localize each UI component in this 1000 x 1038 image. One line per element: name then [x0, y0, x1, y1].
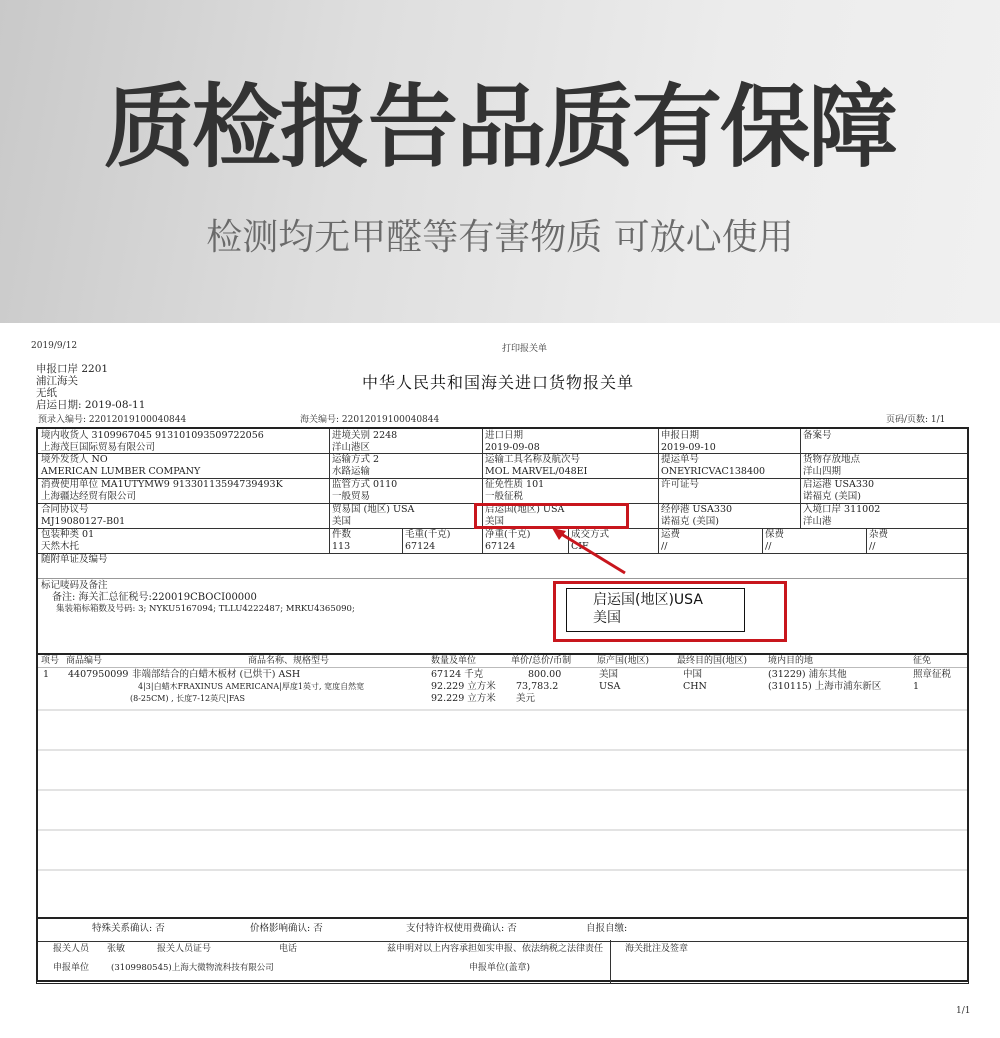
field-value: 2019-09-08	[485, 442, 540, 454]
field-label: 杂费	[869, 529, 888, 541]
document-title: 中华人民共和国海关进口货物报关单	[362, 370, 634, 393]
col-divider	[800, 478, 801, 503]
field-label: 消费使用单位 MA1UTYMW9 91330113594739493K	[41, 479, 283, 491]
field-label: 净重(千克)	[485, 529, 530, 541]
form-field: 征免性质 101 一般征税	[485, 479, 544, 502]
field-label: 征免性质 101	[485, 479, 544, 491]
col-divider	[800, 453, 801, 478]
field-value: 上海疆达经贸有限公司	[41, 491, 283, 503]
empty-row-divider	[38, 789, 967, 791]
callout-box: 启运国(地区)USA 美国	[566, 588, 745, 632]
col-divider	[482, 453, 483, 478]
field-value: 一般贸易	[332, 491, 397, 503]
declaring-unit-label: 申报单位	[53, 963, 89, 975]
highlight-box-origin-country	[474, 503, 629, 529]
col-divider	[658, 429, 659, 454]
field-label: 入境口岸 311002	[803, 504, 880, 516]
field-value: ONEYRICVAC138400	[661, 466, 765, 478]
declarant-label: 报关人员	[53, 944, 89, 956]
form-field: 备案号	[803, 430, 832, 442]
remarks-note: 备注: 海关汇总征税号:220019CBOCI00000	[52, 592, 257, 604]
col-divider	[329, 503, 330, 528]
field-value: //	[869, 541, 888, 553]
empty-row-divider	[38, 709, 967, 711]
field-label: 贸易国 (地区) USA	[332, 504, 414, 516]
field-value: AMERICAN LUMBER COMPANY	[41, 466, 200, 478]
package-field: 毛重(千克) 67124	[405, 529, 450, 552]
col-divider	[658, 453, 659, 478]
field-label: 经停港 USA330	[661, 504, 732, 516]
field-label: 件数	[332, 529, 351, 541]
quantity-line: 92.229 立方米	[431, 681, 496, 693]
entry-number: 预录入编号: 22012019100040844	[38, 412, 186, 425]
field-value: 诺福克 (美国)	[661, 516, 732, 528]
quantity-line: 92.229 立方米	[431, 693, 496, 705]
field-value: 美国	[332, 516, 414, 528]
customs-declaration-document: 2019/9/12 打印报关单 申报口岸 2201 浦江海关 无纸 启运日期: …	[0, 323, 1000, 1038]
field-label: 毛重(千克)	[405, 529, 450, 541]
col-divider	[329, 453, 330, 478]
declaring-unit-seal: 申报单位(盖章)	[469, 963, 530, 975]
col-divider	[482, 528, 483, 553]
field-label: 提运单号	[661, 454, 765, 466]
empty-row-divider	[38, 749, 967, 751]
field-label: 运费	[661, 529, 680, 541]
field-label: 许可证号	[661, 479, 699, 491]
form-field: 境外发货人 NO AMERICAN LUMBER COMPANY	[41, 454, 200, 477]
goods-column-header: 境内目的地	[768, 656, 813, 668]
goods-column-header: 商品编号	[66, 656, 102, 668]
banner-title: 质检报告品质有保障	[0, 82, 1000, 172]
form-field: 贸易国 (地区) USA 美国	[332, 504, 414, 527]
field-label: 保费	[765, 529, 784, 541]
package-field: 件数 113	[332, 529, 351, 552]
legal-statement: 兹申明对以上内容承担如实申报、依法纳税之法律责任	[387, 944, 603, 956]
form-field: 运输方式 2 水路运输	[332, 454, 379, 477]
col-divider	[402, 528, 403, 553]
field-label: 货物存放地点	[803, 454, 860, 466]
callout-line-2: 美国	[593, 609, 744, 627]
remarks-label: 标记唛码及备注	[41, 580, 108, 592]
callout-line-1: 启运国(地区)USA	[593, 591, 744, 609]
field-value: 洋山四期	[803, 466, 860, 478]
item-no: 1	[43, 669, 49, 681]
customs-number: 海关编号: 22012019100040844	[300, 412, 439, 425]
field-value: 诺福克 (美国)	[803, 491, 874, 503]
package-field: 净重(千克) 67124	[485, 529, 530, 552]
field-value: 67124	[405, 541, 450, 553]
field-label: 运输工具名称及航次号	[485, 454, 587, 466]
field-value: //	[765, 541, 784, 553]
form-field: 入境口岸 311002 洋山港	[803, 504, 880, 527]
col-divider	[866, 528, 867, 553]
field-label: 进境关别 2248	[332, 430, 397, 442]
customs-approval-label: 海关批注及签章	[625, 944, 688, 956]
declaring-unit-value: (3109980545)上海大微物流科技有限公司	[111, 963, 274, 975]
field-value: 洋山港区	[332, 442, 397, 454]
form-field: 进口日期 2019-09-08	[485, 430, 540, 453]
field-value: MOL MARVEL/048EI	[485, 466, 587, 478]
col-divider	[329, 478, 330, 503]
departure-date: 启运日期: 2019-08-11	[36, 399, 145, 411]
form-field: 申报日期 2019-09-10	[661, 430, 716, 453]
field-value: 洋山港	[803, 516, 880, 528]
col-divider	[658, 528, 659, 553]
hs-code: 4407950099	[68, 669, 128, 681]
price-line: 美元	[516, 693, 535, 705]
col-divider	[658, 478, 659, 503]
levy-type: 照章征税	[913, 669, 951, 681]
goods-column-header: 单价/总价/币制	[511, 656, 571, 668]
form-field: 许可证号	[661, 479, 699, 491]
field-value: 一般征税	[485, 491, 544, 503]
destination-country: CHN	[683, 681, 707, 693]
col-divider	[658, 503, 659, 528]
container-numbers: 集装箱标箱数及号码: 3; NYKU5167094; TLLU4222487; …	[56, 604, 355, 616]
goods-column-header: 数量及单位	[431, 656, 476, 668]
form-field: 提运单号 ONEYRICVAC138400	[661, 454, 765, 477]
field-value: 2019-09-10	[661, 442, 716, 454]
goods-column-header: 最终目的国(地区)	[677, 656, 747, 668]
row-divider	[38, 553, 967, 554]
package-field: 杂费 //	[869, 529, 888, 552]
phone-label: 电话	[279, 944, 297, 956]
package-field: 运费 //	[661, 529, 680, 552]
form-field: 启运港 USA330 诺福克 (美国)	[803, 479, 874, 502]
price-line: 73,783.2	[516, 681, 558, 693]
field-label: 合同协议号	[41, 504, 125, 516]
field-value: //	[661, 541, 680, 553]
domestic-destination: (31229) 浦东其他	[768, 669, 847, 681]
form-field: 合同协议号 MJ19080127-B01	[41, 504, 125, 527]
col-divider	[329, 528, 330, 553]
page-footer: 1/1	[956, 1006, 970, 1016]
arrow-icon	[550, 528, 630, 578]
form-field: 运输工具名称及航次号 MOL MARVEL/048EI	[485, 454, 587, 477]
form-field: 境内收货人 3109967045 913101093509722056 上海茂巨…	[41, 430, 264, 453]
goods-column-header: 征免	[913, 656, 931, 668]
col-divider	[482, 429, 483, 454]
print-label: 打印报关单	[502, 341, 547, 354]
footer-box: 报关人员张敏报关人员证号电话兹申明对以上内容承担如实申报、依法纳税之法律责任海关…	[36, 911, 969, 984]
levy-type: 1	[913, 681, 919, 693]
row-divider	[38, 578, 967, 579]
field-value: MJ19080127-B01	[41, 516, 125, 528]
declaration-port: 申报口岸 2201	[36, 363, 108, 375]
empty-row-divider	[38, 829, 967, 831]
field-label: 监管方式 0110	[332, 479, 397, 491]
form-field: 消费使用单位 MA1UTYMW9 91330113594739493K 上海疆达…	[41, 479, 283, 502]
col-divider	[762, 528, 763, 553]
package-field: 保费 //	[765, 529, 784, 552]
domestic-destination: (310115) 上海市浦东新区	[768, 681, 881, 693]
col-divider	[800, 429, 801, 454]
field-label: 进口日期	[485, 430, 540, 442]
field-value: 天然木托	[41, 541, 94, 553]
field-label: 境内收货人 3109967045 913101093509722056	[41, 430, 264, 442]
origin-country: 美国	[599, 669, 618, 681]
destination-country: 中国	[683, 669, 702, 681]
field-label: 启运港 USA330	[803, 479, 874, 491]
col-divider	[329, 429, 330, 454]
form-field: 经停港 USA330 诺福克 (美国)	[661, 504, 732, 527]
field-label: 包装种类 01	[41, 529, 94, 541]
declarant-name: 张敏	[107, 944, 125, 956]
field-value: 上海茂巨国际贸易有限公司	[41, 442, 264, 454]
paperless-flag: 无纸	[36, 387, 57, 399]
col-divider	[482, 478, 483, 503]
goods-column-header: 商品名称、规格型号	[248, 656, 329, 668]
banner-subtitle: 检测均无甲醛等有害物质 可放心使用	[0, 220, 1000, 256]
header-divider	[38, 667, 967, 668]
attached-docs-label: 随附单证及编号	[41, 554, 108, 566]
promo-banner: 质检报告品质有保障 检测均无甲醛等有害物质 可放心使用	[0, 0, 1000, 323]
goods-column-header: 项号	[41, 656, 59, 668]
quantity-line: 67124 千克	[431, 669, 483, 681]
field-value: 67124	[485, 541, 530, 553]
col-divider	[800, 503, 801, 528]
field-label: 备案号	[803, 430, 832, 442]
field-value: 水路运输	[332, 466, 379, 478]
row-divider	[38, 653, 967, 655]
form-field: 货物存放地点 洋山四期	[803, 454, 860, 477]
declarant-id-label: 报关人员证号	[157, 944, 211, 956]
price-line: 800.00	[528, 669, 561, 681]
form-field: 进境关别 2248 洋山港区	[332, 430, 397, 453]
col-divider	[610, 940, 611, 984]
origin-country: USA	[599, 681, 620, 693]
goods-name-line: 4|3|白蜡木FRAXINUS AMERICANA|厚度1英寸, 宽度自然宽	[138, 681, 364, 693]
print-date: 2019/9/12	[31, 341, 77, 351]
customs-office: 浦江海关	[36, 375, 78, 387]
package-field: 包装种类 01 天然木托	[41, 529, 94, 552]
field-value: 113	[332, 541, 351, 553]
form-field: 监管方式 0110 一般贸易	[332, 479, 397, 502]
field-label: 申报日期	[661, 430, 716, 442]
goods-name-line: 非端部结合的白蜡木板材 (已烘干) ASH	[132, 669, 300, 681]
empty-row-divider	[38, 869, 967, 871]
page-count: 页码/页数: 1/1	[886, 412, 945, 425]
field-label: 运输方式 2	[332, 454, 379, 466]
goods-name-line: (8-25CM) , 长度7-12英尺|FAS	[130, 693, 245, 705]
field-label: 境外发货人 NO	[41, 454, 200, 466]
goods-column-header: 原产国(地区)	[597, 656, 649, 668]
